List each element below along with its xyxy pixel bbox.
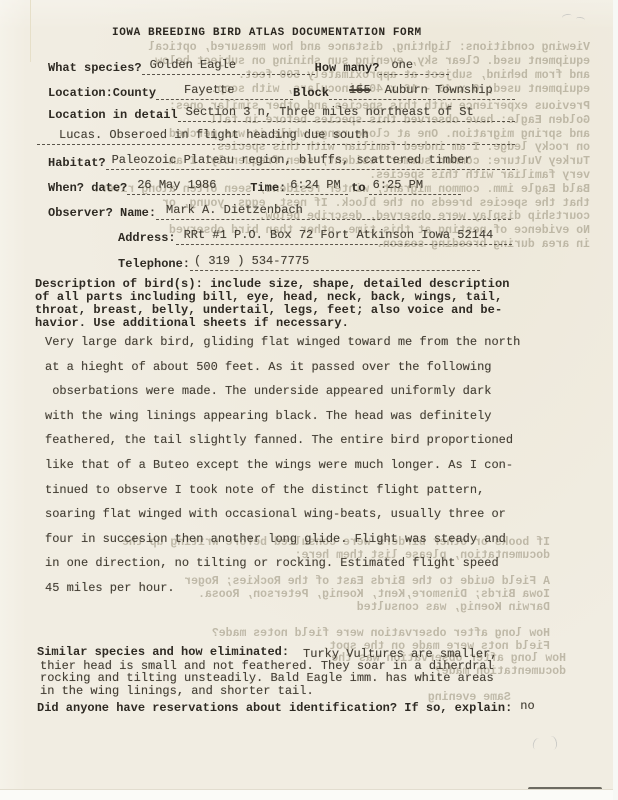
habitat-field: Paleozoic Plateau region, bluffs, scatte… <box>106 156 515 170</box>
habitat-label: Habitat? <box>48 156 106 170</box>
location-detail-value2: Lucas. Obseroed in flight heading due so… <box>37 128 369 142</box>
telephone-label: Telephone: <box>118 257 190 271</box>
similar-species-label: Similar species and how eliminated: <box>37 645 289 659</box>
block-field: 155Auburn Township <box>329 86 515 100</box>
observer-value: Mark A. Dietzenbach <box>156 203 303 217</box>
telephone-field: ( 319 ) 534-7775 <box>190 257 480 271</box>
county-value: Fayette <box>156 83 234 97</box>
reservations-row: Did anyone have reservations about ident… <box>37 701 535 715</box>
when-date-label: When? date? <box>48 181 127 195</box>
paper-crease <box>30 0 31 62</box>
pencil-scribble-top-right <box>562 10 588 22</box>
location-detail-field2: Lucas. Obseroed in flight heading due so… <box>37 131 515 145</box>
telephone-value: ( 319 ) 534-7775 <box>190 254 309 268</box>
telephone-row: Telephone:( 319 ) 534-7775 <box>118 257 480 271</box>
location-detail-field: Section 3 n, Three miles northeast of St <box>178 108 515 122</box>
when-date-field: 26 May 1986 <box>127 181 250 195</box>
when-date-value: 26 May 1986 <box>127 178 216 192</box>
habitat-value: Paleozoic Plateau region, bluffs, scatte… <box>106 153 472 167</box>
when-time-row: When? date?26 May 1986Time:6:24 PMto6:25… <box>48 181 461 195</box>
time-label: Time: <box>250 181 286 195</box>
observer-field: Mark A. Dietzenbach <box>156 206 511 220</box>
address-row: Address:RRt #1 P.O. Box 72 Fort Atkinson… <box>118 231 512 245</box>
scanner-background-bottom <box>0 789 618 800</box>
location-detail-row: Location in detailSection 3 n, Three mil… <box>48 108 515 122</box>
scanned-form-page: Viewing conditions: lighting, distance a… <box>0 0 618 800</box>
location-detail-label: Location in detail <box>48 108 178 122</box>
block-township-value: Auburn Township <box>371 83 493 97</box>
block-label: Block <box>293 86 329 100</box>
address-label: Address: <box>118 231 176 245</box>
time-to-field: 6:25 PM <box>369 181 461 195</box>
time-to-label: to <box>348 181 368 195</box>
species-value: Golden Eagle <box>142 58 236 72</box>
description-prompt: Description of bird(s): include size, sh… <box>35 278 535 330</box>
form-title: IOWA BREEDING BIRD ATLAS DOCUMENTATION F… <box>112 27 422 39</box>
time-to-value: 6:25 PM <box>369 178 423 192</box>
species-field: Golden Eagle <box>142 61 315 75</box>
county-block-row: Location:CountyFayetteBlock155Auburn Tow… <box>48 86 515 100</box>
similar-species-value-rest: thier head is small and not feathered. T… <box>40 660 550 697</box>
location-detail-value: Section 3 n, Three miles northeast of St <box>178 105 474 119</box>
time-from-value: 6:24 PM <box>286 178 340 192</box>
reservations-value: no <box>512 699 534 713</box>
how-many-label: How many? <box>315 61 380 75</box>
address-field: RRt #1 P.O. Box 72 Fort Atkinson Iowa 52… <box>176 231 512 245</box>
observer-row: Observer? Name:Mark A. Dietzenbach <box>48 206 511 220</box>
location-detail-row2: Lucas. Obseroed in flight heading due so… <box>37 131 515 145</box>
species-row: What species?Golden EagleHow many?one <box>48 61 449 75</box>
pencil-scribble-bottom-right <box>533 736 563 756</box>
scanner-background-right <box>613 0 618 800</box>
block-struck-value: 155 <box>329 83 371 97</box>
species-label: What species? <box>48 61 142 75</box>
similar-species-row: Similar species and how eliminated:Turky… <box>37 645 497 659</box>
habitat-row: Habitat?Paleozoic Plateau region, bluffs… <box>48 156 515 170</box>
observer-label: Observer? Name: <box>48 206 156 220</box>
address-value: RRt #1 P.O. Box 72 Fort Atkinson Iowa 52… <box>176 228 494 242</box>
how-many-value: one <box>379 58 413 72</box>
county-label: Location:County <box>48 86 156 100</box>
time-from-field: 6:24 PM <box>286 181 348 195</box>
how-many-field: one <box>379 61 449 75</box>
description-body: Very large dark bird, gliding flat winge… <box>45 330 545 601</box>
reservations-label: Did anyone have reservations about ident… <box>37 701 512 715</box>
county-field: Fayette <box>156 86 293 100</box>
